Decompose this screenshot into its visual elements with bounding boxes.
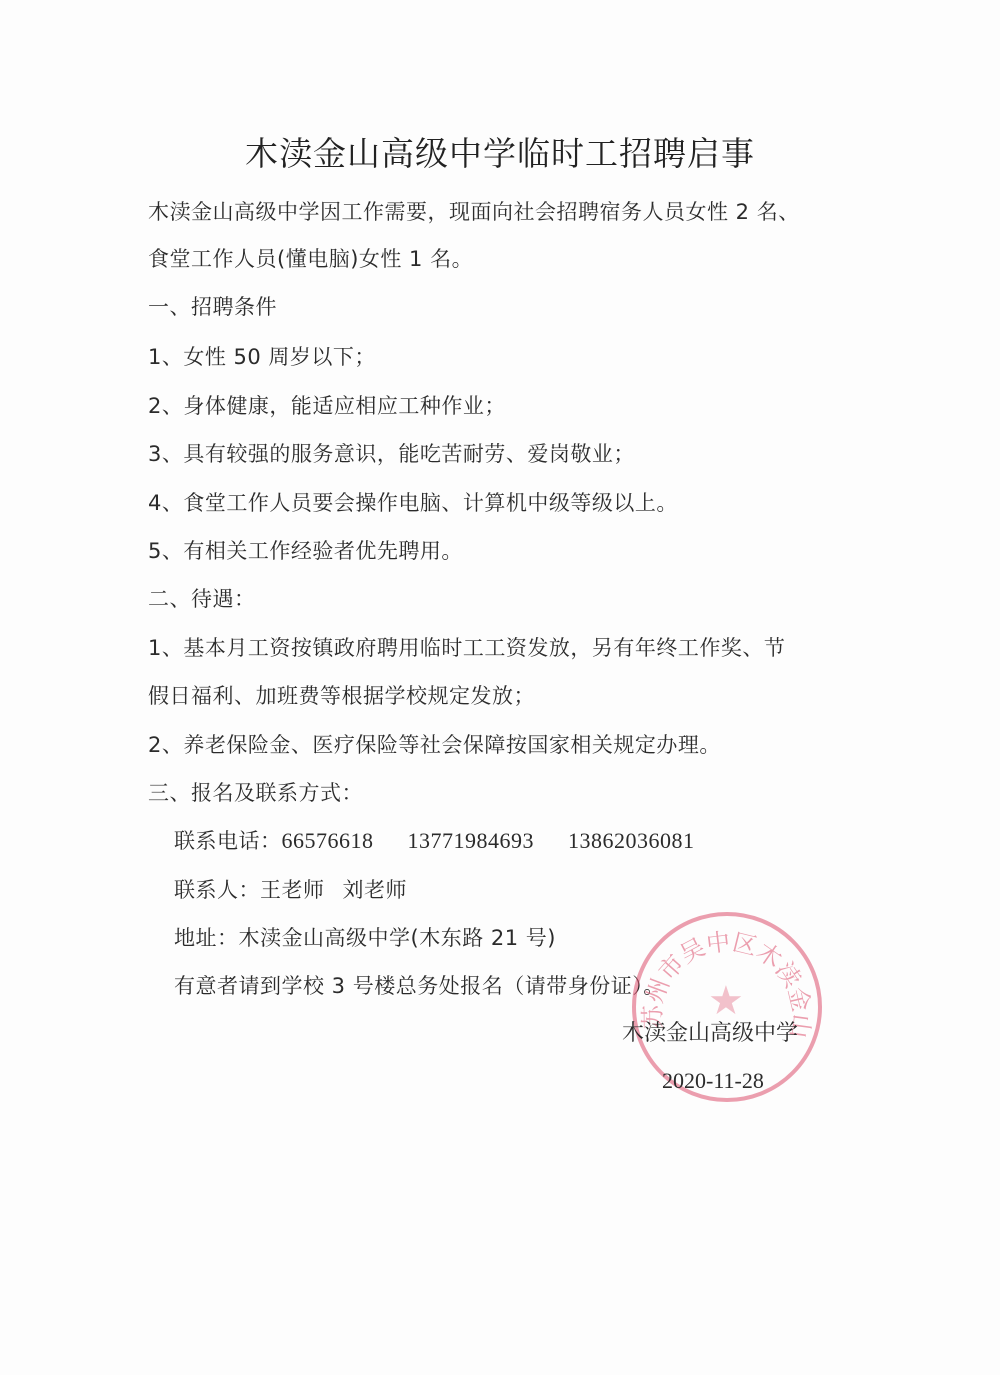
contact-address-line: 地址：木渎金山高级中学(木东路 21 号) xyxy=(174,922,556,952)
registration-note: 有意者请到学校 3 号楼总务处报名（请带身份证）。 xyxy=(174,970,665,1000)
benefit-item-1-line-1: 1、基本月工资按镇政府聘用临时工工资发放，另有年终工作奖、节 xyxy=(148,632,785,662)
requirement-item-3: 3、具有较强的服务意识，能吃苦耐劳、爱岗敬业； xyxy=(148,438,635,468)
requirement-item-2: 2、身体健康，能适应相应工种作业； xyxy=(148,390,506,420)
contact-person-line: 联系人：王老师刘老师 xyxy=(174,874,407,904)
signature-organization: 木渎金山高级中学 xyxy=(622,1016,798,1047)
document-title: 木渎金山高级中学临时工招聘启事 xyxy=(0,128,1000,175)
section-heading-requirements: 一、招聘条件 xyxy=(148,291,277,321)
contact-phone-line: 联系电话：665766181377198469313862036081 xyxy=(174,825,695,855)
benefit-item-2: 2、养老保险金、医疗保险等社会保障按国家相关规定办理。 xyxy=(148,729,721,759)
section-heading-contact: 三、报名及联系方式： xyxy=(148,777,363,807)
contact-person: 刘老师 xyxy=(343,878,408,902)
phone-label: 联系电话： xyxy=(174,829,282,853)
requirement-item-5: 5、有相关工作经验者优先聘用。 xyxy=(148,535,463,565)
intro-line-2: 食堂工作人员(懂电脑)女性 1 名。 xyxy=(148,243,473,273)
signature-date: 2020-11-28 xyxy=(662,1068,764,1094)
phone-number: 13771984693 xyxy=(408,828,535,854)
document-page: 木渎金山高级中学临时工招聘启事 木渎金山高级中学因工作需要，现面向社会招聘宿务人… xyxy=(0,0,1000,1375)
address-label: 地址： xyxy=(174,926,239,950)
phone-number: 66576618 xyxy=(282,828,374,854)
benefit-item-1-line-2: 假日福利、加班费等根据学校规定发放； xyxy=(148,680,535,710)
requirement-item-1: 1、女性 50 周岁以下； xyxy=(148,341,376,371)
intro-line-1: 木渎金山高级中学因工作需要，现面向社会招聘宿务人员女性 2 名、 xyxy=(148,196,800,226)
address-value: 木渎金山高级中学(木东路 21 号) xyxy=(239,926,556,950)
phone-number: 13862036081 xyxy=(568,828,695,854)
contact-person: 王老师 xyxy=(260,878,325,902)
person-label: 联系人： xyxy=(174,878,260,902)
requirement-item-4: 4、食堂工作人员要会操作电脑、计算机中级等级以上。 xyxy=(148,487,678,517)
section-heading-benefits: 二、待遇： xyxy=(148,583,256,613)
